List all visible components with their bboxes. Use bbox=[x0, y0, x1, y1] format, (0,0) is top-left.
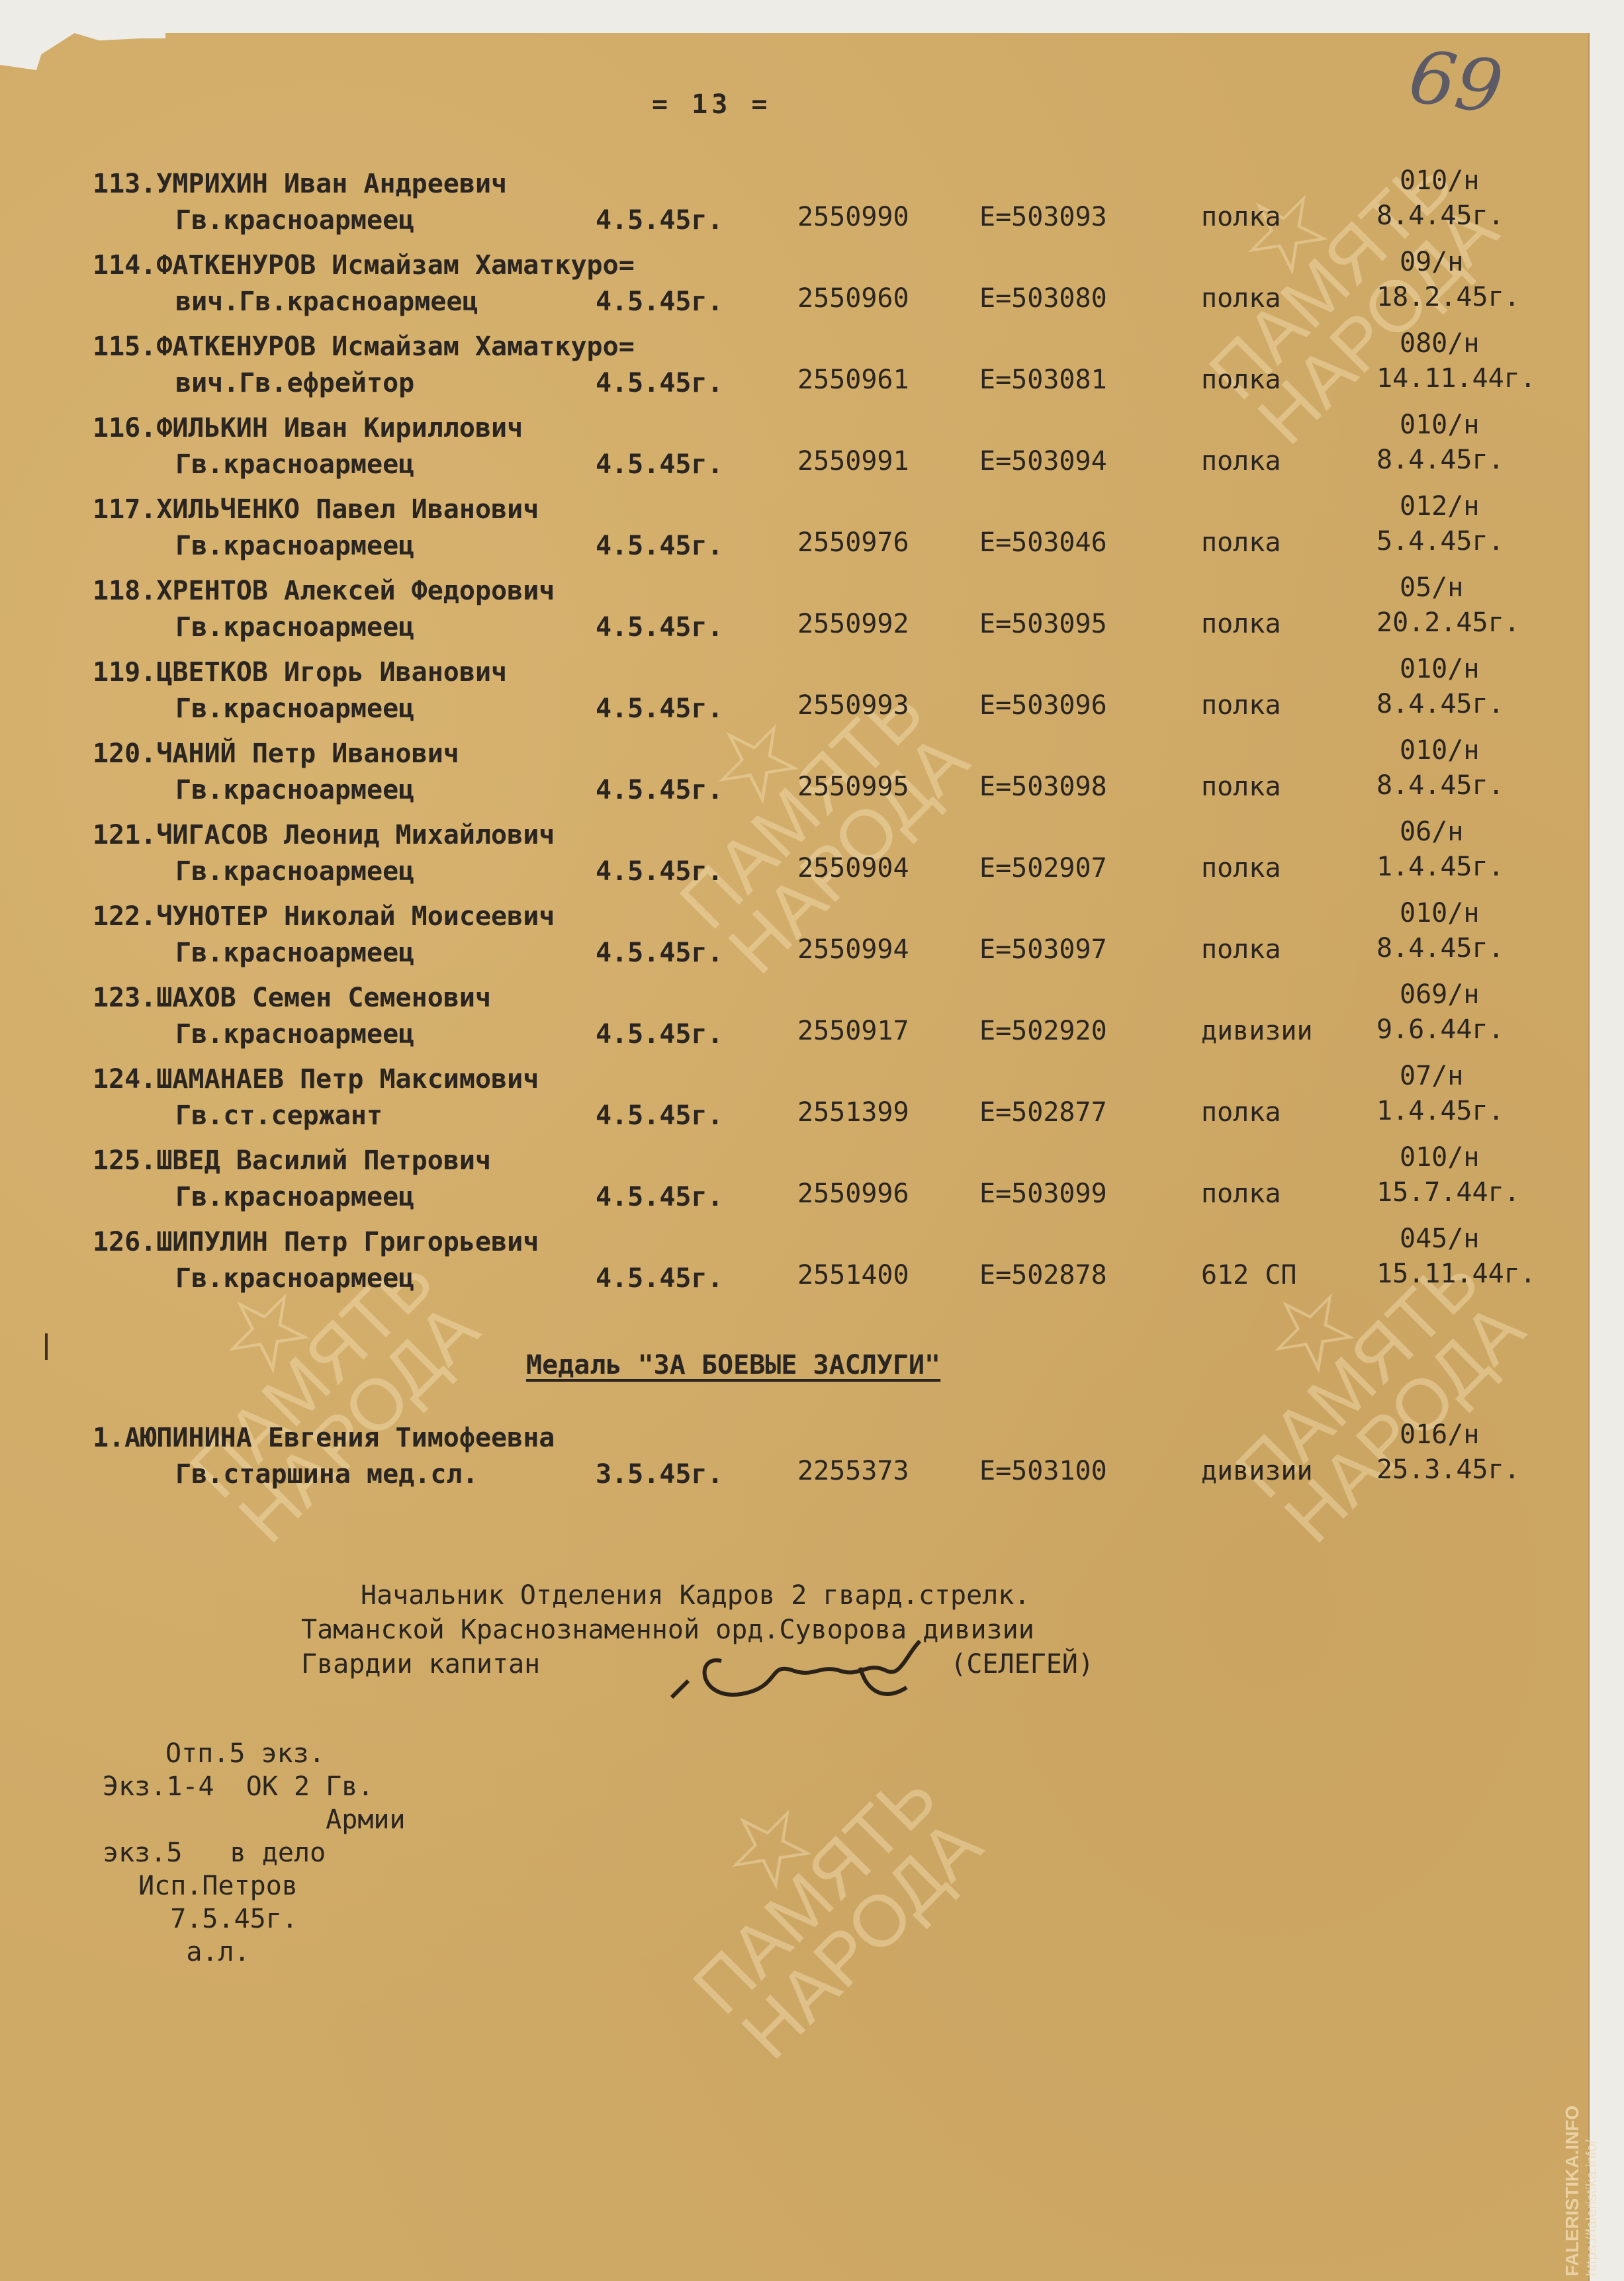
entry-order-number: 045/н bbox=[1400, 1224, 1479, 1254]
entry-certificate-number: 2255373 bbox=[797, 1456, 909, 1486]
list-item: 126.ШИПУЛИН Петр ГригорьевичГв.красноарм… bbox=[0, 1227, 1588, 1310]
entry-award-level: полка bbox=[1201, 527, 1281, 558]
entry-order-date: 20.2.45г. bbox=[1376, 607, 1520, 638]
list-item: 114.ФАТКЕНУРОВ Исмайзам Хаматкуро=вич.Гв… bbox=[0, 250, 1588, 333]
entry-medal-number: Е=502877 bbox=[979, 1097, 1107, 1128]
entry-date: 4.5.45г. bbox=[596, 1019, 723, 1050]
list-item: 116.ФИЛЬКИН Иван КирилловичГв.красноарме… bbox=[0, 413, 1588, 496]
entry-certificate-number: 2550991 bbox=[797, 446, 909, 476]
entry-name: 118.ХРЕНТОВ Алексей Федорович bbox=[93, 576, 555, 606]
entry-order-date: 18.2.45г. bbox=[1376, 282, 1520, 312]
entry-award-level: дивизии bbox=[1201, 1456, 1313, 1486]
entry-certificate-number: 2550961 bbox=[797, 365, 909, 395]
entry-award-level: полка bbox=[1201, 853, 1281, 883]
list-item: 124.ШАМАНАЕВ Петр МаксимовичГв.ст.сержан… bbox=[0, 1064, 1588, 1147]
entry-rank: Гв.красноармеец bbox=[175, 693, 414, 724]
entry-certificate-number: 2550904 bbox=[797, 853, 909, 883]
entry-date: 4.5.45г. bbox=[596, 938, 723, 968]
entry-name: 124.ШАМАНАЕВ Петр Максимович bbox=[93, 1064, 539, 1095]
entry-rank: Гв.красноармеец bbox=[175, 1019, 414, 1050]
entry-order-number: 010/н bbox=[1400, 1142, 1479, 1173]
entry-order-number: 012/н bbox=[1400, 491, 1479, 521]
handwritten-folio-number: 69 bbox=[1404, 34, 1508, 130]
entry-certificate-number: 2550976 bbox=[797, 527, 909, 558]
list-item: 123.ШАХОВ Семен СеменовичГв.красноармеец… bbox=[0, 983, 1588, 1065]
entry-medal-number: Е=502920 bbox=[979, 1016, 1107, 1046]
entry-award-level: полка bbox=[1201, 446, 1281, 476]
margin-mark bbox=[45, 1333, 48, 1360]
entry-medal-number: Е=503080 bbox=[979, 283, 1107, 314]
entry-name: 126.ШИПУЛИН Петр Григорьевич bbox=[93, 1227, 539, 1257]
entry-medal-number: Е=503046 bbox=[979, 527, 1107, 558]
entry-rank: Гв.красноармеец bbox=[175, 449, 414, 480]
entry-order-number: 016/н bbox=[1400, 1419, 1479, 1450]
entry-award-level: полка bbox=[1201, 365, 1281, 395]
entry-medal-number: Е=503098 bbox=[979, 772, 1107, 802]
entry-name: 123.ШАХОВ Семен Семенович bbox=[93, 983, 491, 1013]
entry-medal-number: Е=502878 bbox=[979, 1260, 1107, 1290]
entry-name: 113.УМРИХИН Иван Андреевич bbox=[93, 169, 507, 199]
entry-medal-number: Е=503096 bbox=[979, 690, 1107, 721]
entry-award-level: полка bbox=[1201, 609, 1281, 639]
entry-order-number: 010/н bbox=[1400, 410, 1479, 440]
entry-date: 4.5.45г. bbox=[596, 612, 723, 643]
entry-medal-number: Е=503099 bbox=[979, 1179, 1107, 1209]
entry-order-number: 010/н bbox=[1400, 165, 1479, 196]
entry-order-number: 06/н bbox=[1400, 817, 1463, 847]
entry-order-date: 5.4.45г. bbox=[1376, 526, 1504, 557]
list-item: 122.ЧУНОТЕР Николай МоисеевичГв.красноар… bbox=[0, 901, 1588, 984]
entry-order-number: 069/н bbox=[1400, 979, 1479, 1010]
entry-certificate-number: 2550960 bbox=[797, 283, 909, 314]
entry-date: 3.5.45г. bbox=[596, 1459, 723, 1490]
entry-rank: Гв.красноармеец bbox=[175, 775, 414, 805]
entry-award-level: полка bbox=[1201, 772, 1281, 802]
signature-line-1: Начальник Отделения Кадров 2 гвард.стрел… bbox=[301, 1578, 1094, 1613]
entry-order-number: 010/н bbox=[1400, 654, 1479, 684]
entry-name: 119.ЦВЕТКОВ Игорь Иванович bbox=[93, 657, 507, 688]
entry-rank: Гв.красноармеец bbox=[175, 531, 414, 561]
entry-award-level: полка bbox=[1201, 283, 1281, 314]
list-item: 113.УМРИХИН Иван АндреевичГв.красноармее… bbox=[0, 169, 1588, 251]
entry-certificate-number: 2551399 bbox=[797, 1097, 909, 1128]
entry-name: 122.ЧУНОТЕР Николай Моисеевич bbox=[93, 901, 555, 932]
entry-award-level: полка bbox=[1201, 1179, 1281, 1209]
entry-medal-number: Е=503093 bbox=[979, 202, 1107, 232]
entry-order-number: 010/н bbox=[1400, 898, 1479, 928]
entry-rank: вич.Гв.ефрейтор bbox=[175, 368, 414, 398]
entry-order-number: 05/н bbox=[1400, 572, 1463, 603]
entry-date: 4.5.45г. bbox=[596, 205, 723, 236]
list-item: 120.ЧАНИЙ Петр ИвановичГв.красноармеец4.… bbox=[0, 738, 1588, 821]
document-sheet: = 13 = 69 ☆ПАМЯТЬНАРОДА ☆ПАМЯТЬНАРОДА ☆П… bbox=[0, 33, 1588, 2281]
entry-certificate-number: 2550917 bbox=[797, 1016, 909, 1046]
entry-order-date: 25.3.45г. bbox=[1376, 1454, 1520, 1485]
entry-medal-number: Е=503100 bbox=[979, 1456, 1107, 1486]
entry-award-level: дивизии bbox=[1201, 1016, 1313, 1046]
entry-medal-number: Е=503097 bbox=[979, 934, 1107, 965]
entry-award-level: полка bbox=[1201, 934, 1281, 965]
page-number: = 13 = bbox=[652, 89, 772, 120]
entry-certificate-number: 2550992 bbox=[797, 609, 909, 639]
entry-rank: Гв.старшина мед.сл. bbox=[175, 1459, 478, 1490]
entry-certificate-number: 2550993 bbox=[797, 690, 909, 721]
entry-order-date: 8.4.45г. bbox=[1376, 201, 1504, 231]
site-watermark: FALERISTIKA.INFO https://faleristika.inf… bbox=[1562, 2106, 1600, 2276]
entry-order-date: 14.11.44г. bbox=[1376, 363, 1536, 394]
entry-date: 4.5.45г. bbox=[596, 368, 723, 398]
entry-date: 4.5.45г. bbox=[596, 531, 723, 561]
entry-order-number: 010/н bbox=[1400, 735, 1479, 766]
entry-order-date: 9.6.44г. bbox=[1376, 1014, 1504, 1045]
entry-name: 120.ЧАНИЙ Петр Иванович bbox=[93, 738, 459, 769]
entry-rank: Гв.красноармеец bbox=[175, 938, 414, 968]
entry-name: 116.ФИЛЬКИН Иван Кириллович bbox=[93, 413, 523, 443]
torn-corner bbox=[0, 33, 165, 86]
entry-order-date: 1.4.45г. bbox=[1376, 852, 1504, 882]
entry-medal-number: Е=503094 bbox=[979, 446, 1107, 476]
entry-certificate-number: 2550995 bbox=[797, 772, 909, 802]
entry-medal-number: Е=502907 bbox=[979, 853, 1107, 883]
entry-date: 4.5.45г. bbox=[596, 775, 723, 805]
list-item: 121.ЧИГАСОВ Леонид МихайловичГв.красноар… bbox=[0, 820, 1588, 903]
entry-rank: Гв.красноармеец bbox=[175, 612, 414, 643]
entry-medal-number: Е=503081 bbox=[979, 365, 1107, 395]
entry-date: 4.5.45г. bbox=[596, 1100, 723, 1131]
entry-award-level: полка bbox=[1201, 202, 1281, 232]
entry-name: 1.АЮПИНИНА Евгения Тимофеевна bbox=[93, 1423, 555, 1453]
list-item: 1.АЮПИНИНА Евгения ТимофеевнаГв.старшина… bbox=[0, 1423, 1588, 1505]
list-item: 117.ХИЛЬЧЕНКО Павел ИвановичГв.красноарм… bbox=[0, 494, 1588, 577]
list-item: 119.ЦВЕТКОВ Игорь ИвановичГв.красноармее… bbox=[0, 657, 1588, 740]
entry-date: 4.5.45г. bbox=[596, 449, 723, 480]
entry-award-level: 612 СП bbox=[1201, 1260, 1297, 1290]
entry-order-number: 080/н bbox=[1400, 328, 1479, 359]
entry-name: 117.ХИЛЬЧЕНКО Павел Иванович bbox=[93, 494, 539, 525]
entry-order-date: 8.4.45г. bbox=[1376, 770, 1504, 801]
entry-rank: вич.Гв.красноармеец bbox=[175, 287, 478, 317]
list-item: 115.ФАТКЕНУРОВ Исмайзам Хаматкуро=вич.Гв… bbox=[0, 332, 1588, 414]
entry-certificate-number: 2550996 bbox=[797, 1179, 909, 1209]
entry-certificate-number: 2551400 bbox=[797, 1260, 909, 1290]
handwritten-signature bbox=[668, 1634, 946, 1707]
entry-rank: Гв.красноармеец bbox=[175, 1182, 414, 1212]
entry-date: 4.5.45г. bbox=[596, 856, 723, 887]
entry-order-date: 8.4.45г. bbox=[1376, 689, 1504, 719]
entry-certificate-number: 2550994 bbox=[797, 934, 909, 965]
section-title: Медаль "ЗА БОЕВЫЕ ЗАСЛУГИ" bbox=[526, 1350, 940, 1380]
watermark: ☆ПАМЯТЬНАРОДА bbox=[637, 1714, 993, 2071]
signer-name: (СЕЛЕГЕЙ) bbox=[950, 1649, 1094, 1679]
entry-name: 125.ШВЕД Василий Петрович bbox=[93, 1145, 491, 1176]
entry-name: 115.ФАТКЕНУРОВ Исмайзам Хаматкуро= bbox=[93, 332, 635, 362]
entry-order-date: 1.4.45г. bbox=[1376, 1096, 1504, 1126]
entry-order-number: 09/н bbox=[1400, 247, 1463, 277]
entry-medal-number: Е=503095 bbox=[979, 609, 1107, 639]
entry-date: 4.5.45г. bbox=[596, 287, 723, 317]
entry-award-level: полка bbox=[1201, 1097, 1281, 1128]
entry-name: 121.ЧИГАСОВ Леонид Михайлович bbox=[93, 820, 555, 850]
entry-order-date: 8.4.45г. bbox=[1376, 933, 1504, 963]
distribution-note: Отп.5 экз. Экз.1-4 ОК 2 Гв. Армии экз.5 … bbox=[103, 1737, 406, 1969]
entry-rank: Гв.красноармеец bbox=[175, 856, 414, 887]
entry-rank: Гв.красноармеец bbox=[175, 205, 414, 236]
entry-order-date: 15.11.44г. bbox=[1376, 1259, 1536, 1289]
entry-date: 4.5.45г. bbox=[596, 1263, 723, 1294]
entry-award-level: полка bbox=[1201, 690, 1281, 721]
entry-order-date: 15.7.44г. bbox=[1376, 1177, 1520, 1208]
list-item: 125.ШВЕД Василий ПетровичГв.красноармеец… bbox=[0, 1145, 1588, 1228]
list-item: 118.ХРЕНТОВ Алексей ФедоровичГв.красноар… bbox=[0, 576, 1588, 658]
entry-order-date: 8.4.45г. bbox=[1376, 445, 1504, 475]
entry-rank: Гв.ст.сержант bbox=[175, 1100, 383, 1131]
entry-certificate-number: 2550990 bbox=[797, 202, 909, 232]
entry-date: 4.5.45г. bbox=[596, 693, 723, 724]
entry-order-number: 07/н bbox=[1400, 1061, 1463, 1091]
entry-name: 114.ФАТКЕНУРОВ Исмайзам Хаматкуро= bbox=[93, 250, 635, 281]
entry-rank: Гв.красноармеец bbox=[175, 1263, 414, 1294]
entry-date: 4.5.45г. bbox=[596, 1182, 723, 1212]
